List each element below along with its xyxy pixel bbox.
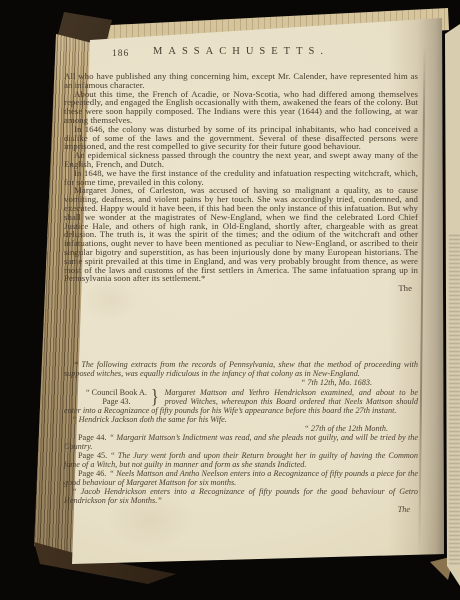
paragraph: Margaret Jones, of Carleston, was accuse… [64,186,418,283]
paragraph: About this time, the French of Acadie, o… [64,90,418,125]
footnote: * The following extracts from the record… [64,360,418,514]
book-photo: 186 MASSACHUSETTS. All who have publishe… [0,0,460,600]
paragraph: An epidemical sickness passed through th… [64,151,418,169]
council-book-line1: “ Council Book A. [86,388,147,397]
footnote-line-jackson: “ Hendrick Jackson doth the same for his… [64,415,418,424]
paragraph: In 1646, the colony was disturbed by som… [64,125,418,151]
footnote-entry-page44: Page 44.“ Margarit Mattson’s Indictment … [64,433,418,451]
page-content: 186 MASSACHUSETTS. All who have publishe… [64,46,418,558]
footnote-entry-page43: “ Council Book A. Page 43. } Margaret Ma… [64,388,418,415]
footnote-date-line: “ 7th 12th, Mo. 1683. [64,378,418,387]
footnote-entry-text: “ Neels Mattson and Antho Neelson enters… [64,469,418,487]
facing-page-text-fragment [449,235,460,565]
footnote-entry-label: Page 44. [78,433,109,442]
body-text: All who have published any thing concern… [64,72,418,293]
council-book-reference: “ Council Book A. Page 43. } [86,388,160,406]
council-page-line2: Page 43. [102,397,130,406]
footnote-entry-text: “ The Jury went forth and upon their Ret… [64,451,418,469]
footnote-entry-page46: Page 46.“ Neels Mattson and Antho Neelso… [64,469,418,487]
footnote-entry-text: “ Margarit Mattson’s Indictment was read… [64,433,418,451]
footnote-line-jacob: “ Jacob Hendrickson enters into a Recogn… [64,487,418,505]
footnote-entry-label: Page 46. [78,469,109,478]
footnote-intro: * The following extracts from the record… [64,360,418,378]
page-header: 186 MASSACHUSETTS. [64,46,418,62]
footnote-line-month: “ 27th of the 12th Month. [64,424,418,433]
catchword: The [64,283,418,293]
paragraph: All who have published any thing concern… [64,72,418,90]
footnote-catchword: The [64,505,418,514]
footnote-entry-label: Page 45. [78,451,110,460]
running-title: MASSACHUSETTS. [64,46,418,57]
brace-glyph: } [151,388,159,406]
paragraph: In 1648, we have the first instance of t… [64,169,418,187]
footnote-entry-page45: Page 45.“ The Jury went forth and upon t… [64,451,418,469]
council-book-label: “ Council Book A. Page 43. [86,388,147,406]
